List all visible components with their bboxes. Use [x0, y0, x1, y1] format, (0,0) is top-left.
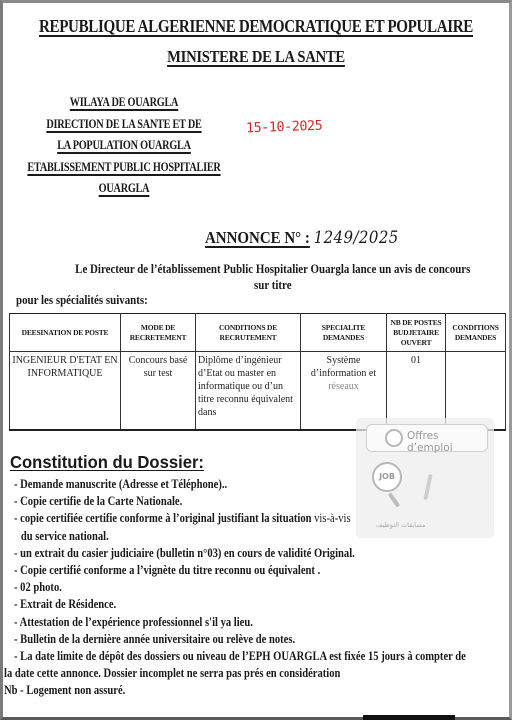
col-header-specialite: SPECIALITE DEMANDES	[301, 314, 387, 352]
col-header-conditions-demandes: CONDITIONS DEMANDES	[446, 314, 506, 352]
dossier-list: - Demande manuscrite (Adresse et Télépho…	[14, 476, 512, 700]
list-item: - un extrait du casier judiciaire (bulle…	[14, 545, 444, 562]
list-item: - 02 photo.	[14, 579, 444, 596]
bottom-edge-mark	[363, 715, 455, 720]
date-stamp: 15-10-2025	[246, 118, 323, 137]
issuer-line: LA POPULATION OUARGLA	[57, 138, 191, 152]
list-item-text: - copie certifiée certifie conforme à l’…	[14, 511, 314, 525]
issuer-block: WILAYA DE OUARGLA DIRECTION DE LA SANTE …	[0, 92, 248, 200]
list-item-continuation: la date cette annonce. Dossier incomplet…	[4, 665, 443, 682]
list-item-continuation: du service national.	[14, 528, 444, 545]
table-header-row: DEESINATION DE POSTE MODE DE RECRETEMENT…	[10, 314, 506, 352]
cell-conditions: Diplôme d’ingénieur d’Etat ou master en …	[196, 352, 301, 431]
issuer-line: DIRECTION DE LA SANTE ET DE	[46, 117, 201, 131]
note-logement: Nb - Logement non assuré.	[4, 682, 443, 699]
header-ministere: MINISTERE DE LA SANTE	[36, 47, 476, 67]
cell-poste: INGENIEUR D'ETAT EN INFORMATIQUE	[10, 352, 121, 431]
list-item: - Attestation de l’expérience profession…	[14, 614, 444, 631]
dossier-title: Constitution du Dossier:	[10, 452, 204, 473]
col-header-poste: DEESINATION DE POSTE	[10, 314, 121, 352]
magnifier-icon	[385, 429, 403, 447]
list-item: - Copie certifié conforme a l’vignète du…	[14, 562, 444, 579]
list-item: - Copie certifie de la Carte Nationale.	[14, 493, 444, 510]
header-republique: REPUBLIQUE ALGERIENNE DEMOCRATIQUE ET PO…	[36, 16, 476, 37]
watermark-banner: Offres d’emploi	[366, 424, 488, 452]
list-item: - Extrait de Résidence.	[14, 596, 444, 613]
intro-line-2: pour les spécialités suivants:	[16, 292, 148, 308]
col-header-nb-postes: NB DE POSTES BUDJETAIRE OUVERT	[387, 314, 446, 352]
issuer-line: ETABLISSEMENT PUBLIC HOSPITALIER	[27, 160, 220, 174]
annonce-handwritten-number: 1249/2025	[314, 228, 399, 248]
header-line1: REPUBLIQUE ALGERIENNE DEMOCRATIQUE ET PO…	[39, 16, 473, 36]
header-line2: MINISTERE DE LA SANTE	[167, 47, 345, 66]
list-item: - Demande manuscrite (Adresse et Télépho…	[14, 476, 444, 493]
annonce-label: ANNONCE N° :	[205, 228, 310, 247]
list-item: - La date limite de dépôt des dossiers o…	[14, 648, 444, 665]
cell-mode: Concours basé sur test	[121, 352, 196, 431]
list-item: - Bulletin de la dernière année universi…	[14, 631, 444, 648]
col-header-conditions: CONDITIONS DE RECRUTEMENT	[196, 314, 301, 352]
specialite-text-faded: réseaux	[328, 381, 359, 392]
list-item: - copie certifiée certifie conforme à l’…	[14, 510, 444, 527]
positions-table: DEESINATION DE POSTE MODE DE RECRETEMENT…	[9, 313, 506, 431]
intro-line: Le Directeur de l’établissement Public H…	[41, 261, 471, 293]
issuer-line: OUARGLA	[99, 181, 150, 195]
watermark-text: Offres d’emploi	[407, 430, 487, 454]
col-header-mode: MODE DE RECRETEMENT	[121, 314, 196, 352]
list-item-suffix: vis-à-vis	[314, 511, 350, 525]
issuer-line: WILAYA DE OUARGLA	[70, 95, 178, 109]
specialite-text: Système d’information et	[311, 355, 376, 379]
annonce-number: ANNONCE N° : 1249/2025	[205, 228, 399, 248]
